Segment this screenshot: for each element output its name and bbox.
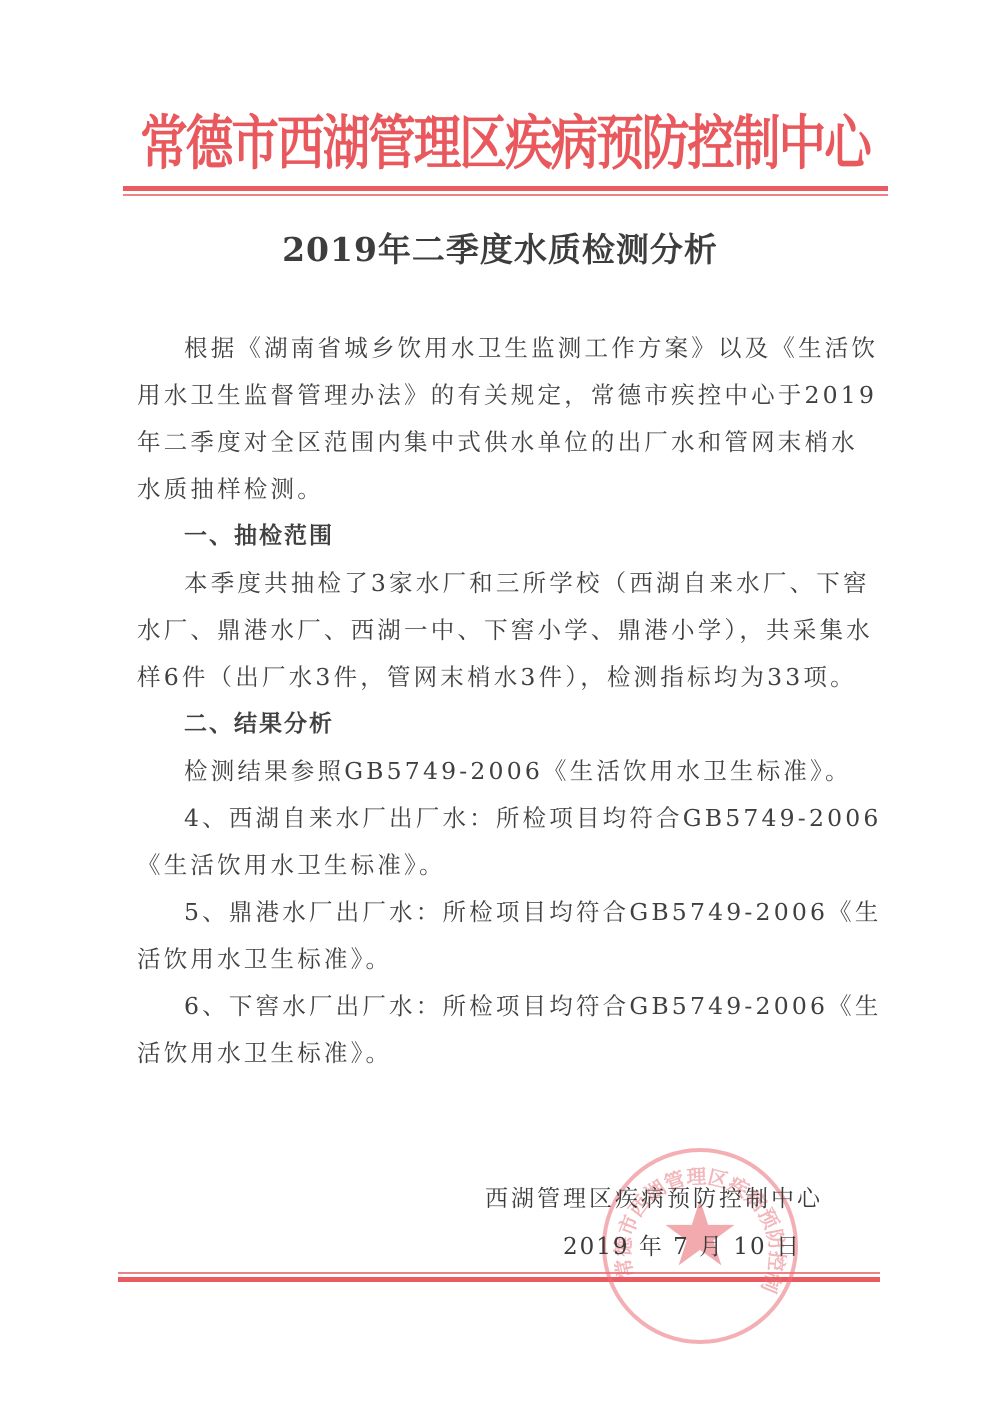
paragraph-results-standard: 检测结果参照GB5749-2006《生活饮用水卫生标准》。 [137, 748, 882, 795]
divider-thin-line [123, 194, 888, 196]
paragraph-scope: 本季度共抽检了3家水厂和三所学校（西湖自来水厂、下窖水厂、鼎港水厂、西湖一中、下… [137, 560, 882, 701]
document-title: 2019年二季度水质检测分析 [0, 224, 1000, 271]
paragraph-result-item-4: 4、西湖自来水厂出厂水：所检项目均符合GB5749-2006《生活饮用水卫生标准… [137, 795, 882, 889]
document-body: 根据《湖南省城乡饮用水卫生监测工作方案》以及《生活饮用水卫生监督管理办法》的有关… [137, 325, 882, 1077]
signature-date: 2019 年 7 月 10 日 [563, 1228, 801, 1261]
signature-organization: 西湖管理区疾病预防控制中心 [485, 1180, 823, 1213]
paragraph-result-item-5: 5、鼎港水厂出厂水：所检项目均符合GB5749-2006《生活饮用水卫生标准》。 [137, 889, 882, 983]
letterhead-org-name: 常德市西湖管理区疾病预防控制中心 [139, 100, 871, 187]
divider-thick-line [123, 186, 888, 191]
section-heading-scope: 一、抽检范围 [137, 513, 882, 560]
section-heading-results: 二、结果分析 [137, 701, 882, 748]
paragraph-intro: 根据《湖南省城乡饮用水卫生监测工作方案》以及《生活饮用水卫生监督管理办法》的有关… [137, 325, 882, 513]
paragraph-result-item-6: 6、下窖水厂出厂水：所检项目均符合GB5749-2006《生活饮用水卫生标准》。 [137, 983, 882, 1077]
letterhead-divider [123, 186, 888, 196]
